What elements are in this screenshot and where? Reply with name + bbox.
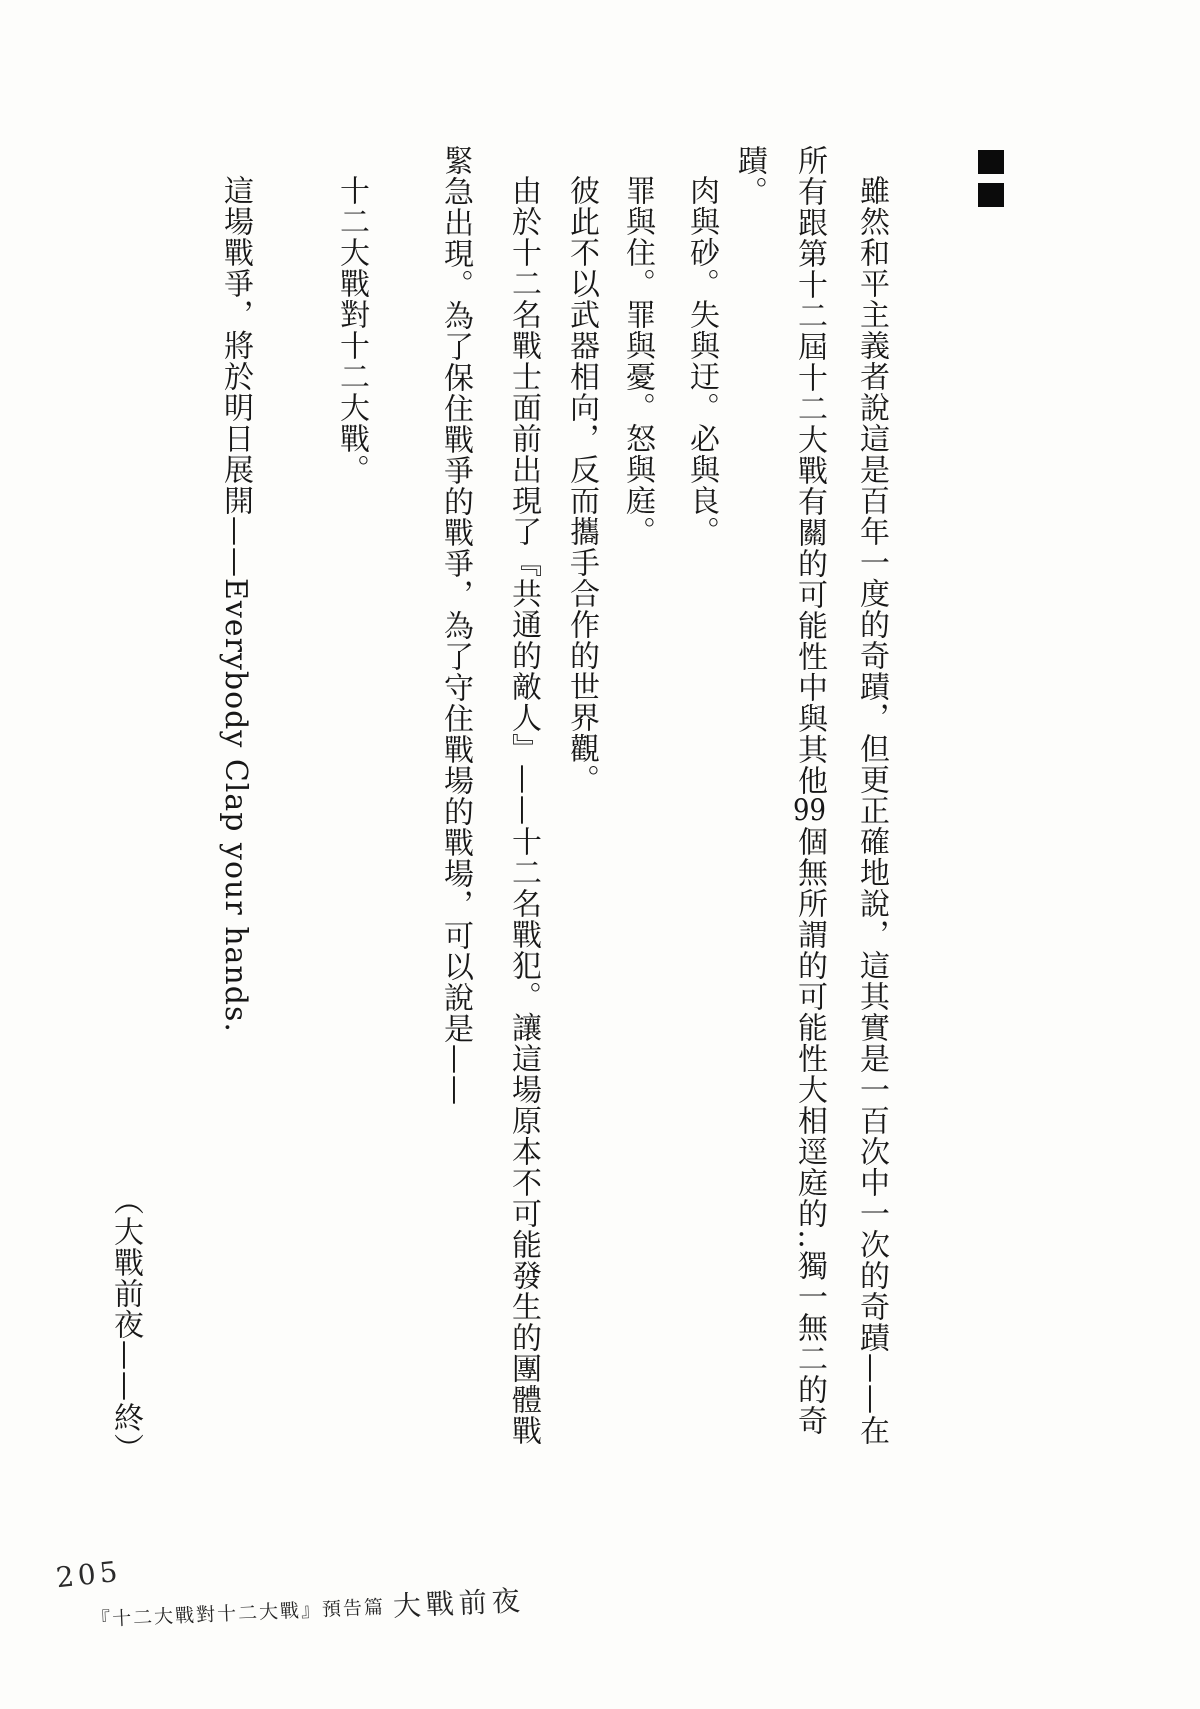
vertical-text-column-4: 肉與砂。失與迂。必與良。 xyxy=(686,175,716,547)
book-page: 雖然和平主義者說這是百年一度的奇蹟，但更正確地說，這其實是一百次中一次的奇蹟——… xyxy=(0,0,1200,1709)
vertical-text-column-2: 所有跟第十二屆十二大戰有關的可能性中與其他99個無所謂的可能性大相逕庭的‥獨一無… xyxy=(794,145,824,1436)
vertical-text-column-9: 十二大戰對十二大戰。 xyxy=(336,175,366,485)
column-2-text-post: 個無所謂的可能性大相逕庭的‥獨一無二的奇 xyxy=(792,826,827,1436)
vertical-text-column-6: 彼此不以武器相向，反而攜手合作的世界觀。 xyxy=(566,175,596,795)
vertical-text-column-1: 雖然和平主義者說這是百年一度的奇蹟，但更正確地說，這其實是一百次中一次的奇蹟——… xyxy=(856,175,886,1446)
footer-chapter-line: 『十二大戰對十二大戰』預告篇大戰前夜 xyxy=(90,1579,525,1638)
vertical-text-column-7: 由於十二名戰士面前出現了『共通的敵人』——十二名戰犯。讓這場原本不可能發生的團體… xyxy=(508,175,538,1446)
vertical-text-column-3: 蹟。 xyxy=(734,145,764,207)
vertical-text-column-8: 緊急出現。為了保住戰爭的戰爭，為了守住戰場的戰場，可以說是—— xyxy=(440,145,470,1106)
page-number: 205 xyxy=(54,1555,123,1595)
column-2-number-99: 99 xyxy=(792,796,827,826)
black-square-icon xyxy=(978,183,1004,207)
vertical-text-column-10: 這場戰爭，將於明日展開——Everybody Clap your hands. xyxy=(220,175,250,1033)
vertical-text-column-11-chapter-end: （大戰前夜——終） xyxy=(110,1185,140,1464)
vertical-text-column-5: 罪與住。罪與憂。怒與庭。 xyxy=(622,175,652,547)
footer-edition-label: 預告篇 xyxy=(322,1596,386,1621)
black-square-icon xyxy=(978,150,1004,174)
footer-chapter-title: 大戰前夜 xyxy=(392,1584,525,1623)
column-2-text-pre: 所有跟第十二屆十二大戰有關的可能性中與其他 xyxy=(792,145,827,796)
footer-series-title: 『十二大戰對十二大戰』 xyxy=(91,1599,323,1631)
section-marker xyxy=(978,150,1004,216)
